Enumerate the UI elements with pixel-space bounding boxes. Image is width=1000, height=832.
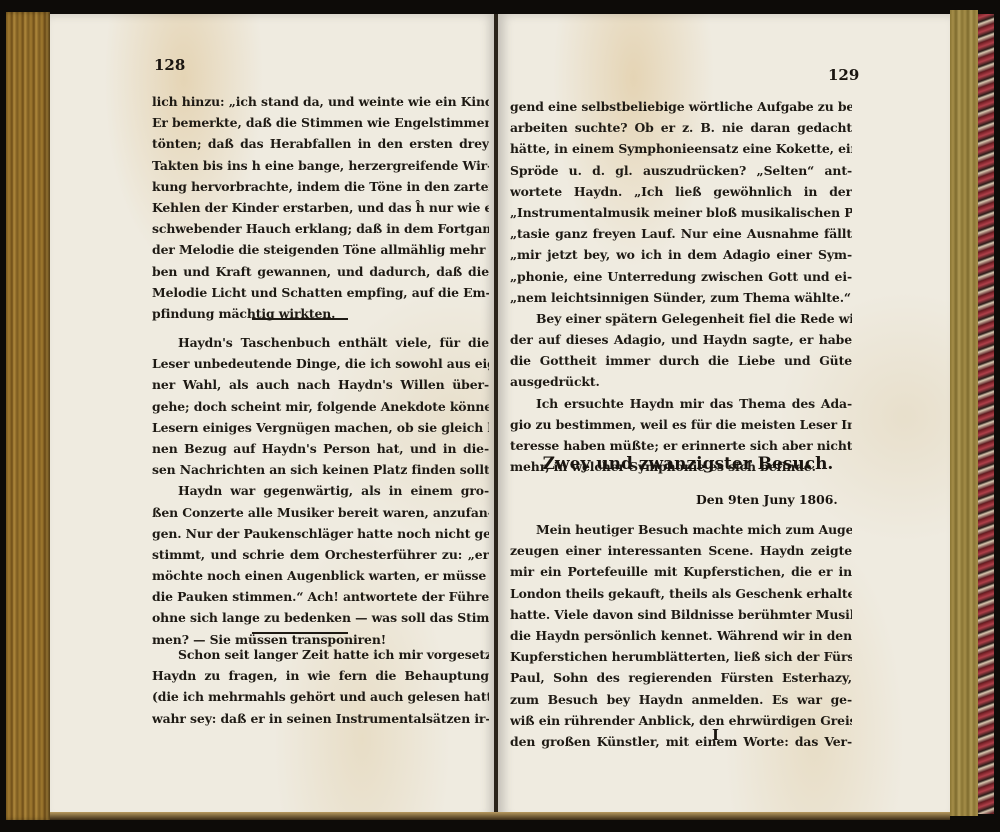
- text-line: die Pauken stimmen.“ Ach! antwortete der…: [152, 586, 489, 607]
- left-paragraph-3: Schon seit langer Zeit hatte ich mir vor…: [152, 644, 489, 729]
- text-line: „nem leichtsinnigen Sünder, zum Thema wä…: [510, 287, 852, 308]
- text-line: ben und Kraft gewannen, und dadurch, daß…: [152, 261, 489, 282]
- text-line: die Gottheit immer durch die Liebe und G…: [510, 350, 852, 371]
- text-line: lich hinzu: „ich stand da, und weinte wi…: [152, 91, 489, 112]
- section-divider: [252, 632, 348, 634]
- text-line: hätte, in einem Symphonieensatz eine Kok…: [510, 138, 852, 159]
- text-line: wahr sey: daß er in seinen Instrumentals…: [152, 708, 489, 729]
- text-line: ohne sich lange zu bedenken — was soll d…: [152, 607, 489, 628]
- text-line: Haydn zu fragen, in wie fern die Behaupt…: [152, 665, 489, 686]
- right-page-edges: [950, 10, 978, 816]
- page-number-right: 129: [828, 66, 859, 84]
- left-page: 128 lich hinzu: „ich stand da, und weint…: [50, 14, 496, 820]
- text-line: teresse haben müßte; er erinnerte sich a…: [510, 435, 852, 456]
- text-line: Lesern einiges Vergnügen machen, ob sie …: [152, 417, 489, 438]
- text-line: gio zu bestimmen, weil es für die meiste…: [510, 414, 852, 435]
- text-line: ßen Conzerte alle Musiker bereit waren, …: [152, 502, 489, 523]
- text-line: mir ein Portefeuille mit Kupferstichen, …: [510, 561, 852, 582]
- text-line: gehe; doch scheint mir, folgende Anekdot…: [152, 396, 489, 417]
- signature-mark: I: [712, 726, 719, 744]
- text-line: „Instrumentalmusik meiner bloß musikalis…: [510, 202, 852, 223]
- text-line: Kehlen der Kinder erstarben, und das h̑ …: [152, 197, 489, 218]
- text-line: die Haydn persönlich kennet. Während wir…: [510, 625, 852, 646]
- text-line: Kupferstichen herumblätterten, ließ sich…: [510, 646, 852, 667]
- text-line: tönten; daß das Herabfallen in den erste…: [152, 133, 489, 154]
- left-paragraph-2: Haydn's Taschenbuch enthält viele, für d…: [152, 332, 489, 650]
- dateline: Den 9ten Juny 1806.: [696, 492, 838, 507]
- text-line: schwebender Hauch erklang; daß in dem Fo…: [152, 218, 489, 239]
- text-line: gend eine selbstbeliebige wörtliche Aufg…: [510, 96, 852, 117]
- text-line: „tasie ganz freyen Lauf. Nur eine Ausnah…: [510, 223, 852, 244]
- text-line: ner Wahl, als auch nach Haydn's Willen ü…: [152, 374, 489, 395]
- page-number-left: 128: [154, 56, 185, 74]
- text-line: kung hervorbrachte, indem die Töne in de…: [152, 176, 489, 197]
- text-line: gen. Nur der Paukenschläger hatte noch n…: [152, 523, 489, 544]
- section-divider: [252, 318, 348, 320]
- text-line: der Melodie die steigenden Töne allmähli…: [152, 239, 489, 260]
- text-line: Haydn's Taschenbuch enthält viele, für d…: [152, 332, 489, 353]
- text-line: hatte. Viele davon sind Bildnisse berühm…: [510, 604, 852, 625]
- text-line: Spröde u. d. gl. auszudrücken? „Selten“ …: [510, 160, 852, 181]
- text-line: Leser unbedeutende Dinge, die ich sowohl…: [152, 353, 489, 374]
- text-line: Bey einer spätern Gelegenheit fiel die R…: [510, 308, 852, 329]
- text-line: zum Besuch bey Haydn anmelden. Es war ge…: [510, 689, 852, 710]
- right-paragraph-2: Mein heutiger Besuch machte mich zum Aug…: [510, 519, 852, 752]
- text-line: Er bemerkte, daß die Stimmen wie Engelst…: [152, 112, 489, 133]
- text-line: „mir jetzt bey, wo ich in dem Adagio ein…: [510, 244, 852, 265]
- text-line: möchte noch einen Augenblick warten, er …: [152, 565, 489, 586]
- left-paragraph-1: lich hinzu: „ich stand da, und weinte wi…: [152, 91, 489, 324]
- text-line: nen Bezug auf Haydn's Person hat, und in…: [152, 438, 489, 459]
- chapter-heading: Zwey und zwanzigster Besuch.: [538, 454, 838, 474]
- text-line: zeugen einer interessanten Scene. Haydn …: [510, 540, 852, 561]
- text-line: stimmt, und schrie dem Orchesterführer z…: [152, 544, 489, 565]
- text-line: Takten bis ins h eine bange, herzergreif…: [152, 155, 489, 176]
- left-page-edges: [6, 12, 50, 820]
- text-line: Ich ersuchte Haydn mir das Thema des Ada…: [510, 393, 852, 414]
- text-line: Mein heutiger Besuch machte mich zum Aug…: [510, 519, 852, 540]
- page-bottom-edge: [50, 812, 950, 820]
- text-line: Schon seit langer Zeit hatte ich mir vor…: [152, 644, 489, 665]
- text-line: London theils gekauft, theils als Gesche…: [510, 583, 852, 604]
- text-line: Paul, Sohn des regierenden Fürsten Ester…: [510, 667, 852, 688]
- right-page: 129 gend eine selbstbeliebige wörtliche …: [498, 14, 950, 820]
- text-line: wiß ein rührender Anblick, den ehrwürdig…: [510, 710, 852, 731]
- marbled-endpaper: [978, 14, 994, 814]
- text-line: pfindung mächtig wirkten.: [152, 303, 489, 324]
- text-line: ausgedrückt.: [510, 371, 852, 392]
- text-line: (die ich mehrmahls gehört und auch geles…: [152, 686, 489, 707]
- text-line: Haydn war gegenwärtig, als in einem gro-: [152, 480, 489, 501]
- text-line: der auf dieses Adagio, und Haydn sagte, …: [510, 329, 852, 350]
- text-line: arbeiten suchte? Ob er z. B. nie daran g…: [510, 117, 852, 138]
- right-paragraph-1: gend eine selbstbeliebige wörtliche Aufg…: [510, 96, 852, 477]
- text-line: sen Nachrichten an sich keinen Platz fin…: [152, 459, 489, 480]
- text-line: „phonie, eine Unterredung zwischen Gott …: [510, 266, 852, 287]
- open-book: 128 lich hinzu: „ich stand da, und weint…: [0, 0, 1000, 832]
- text-line: Melodie Licht und Schatten empfing, auf …: [152, 282, 489, 303]
- text-line: den großen Künstler, mit einem Worte: da…: [510, 731, 852, 752]
- text-line: wortete Haydn. „Ich ließ gewöhnlich in d…: [510, 181, 852, 202]
